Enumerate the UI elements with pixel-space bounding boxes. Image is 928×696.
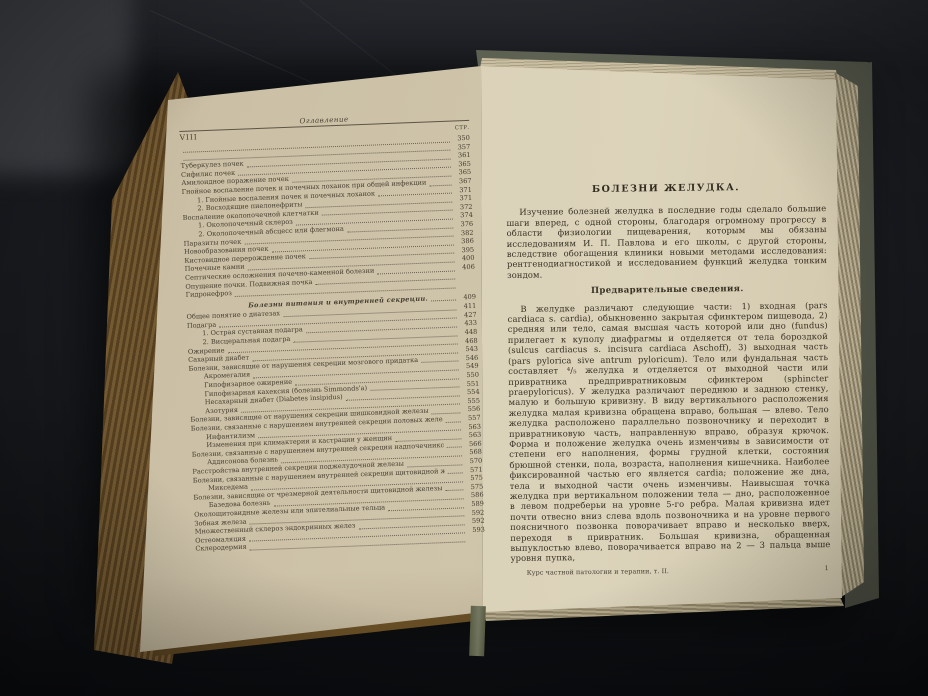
toc-entry-page: 406: [458, 263, 475, 272]
dotted-leader: [431, 300, 456, 302]
toc-entries: 350 357 Туберкулез почек 361 Сифилис поч…: [180, 134, 485, 554]
chapter-page-content: БОЛЕЗНИ ЖЕЛУДКА. Изучение болезней желуд…: [506, 182, 831, 577]
folio-number: VIII: [179, 132, 197, 142]
photo-open-book: Оглавление VIII СТР. 350 357: [0, 0, 928, 696]
signature-mark: 1: [824, 564, 828, 572]
bookmark-ribbon: [469, 606, 486, 656]
toc-entry-page: [459, 288, 476, 289]
toc-entry-page: 409: [459, 292, 476, 301]
toc-entry-label: Гидронефроз: [186, 289, 233, 299]
toc-entry-page: 593: [468, 525, 485, 534]
intro-paragraph: Изучение болезней желудка в последние го…: [506, 203, 827, 280]
page-column-header: СТР.: [455, 125, 470, 132]
section-subheading: Предварительные сведения.: [507, 283, 827, 297]
table-of-contents: Оглавление VIII СТР. 350 357: [179, 110, 485, 554]
body-paragraph: В желудке различают следующие части: 1) …: [507, 300, 830, 564]
